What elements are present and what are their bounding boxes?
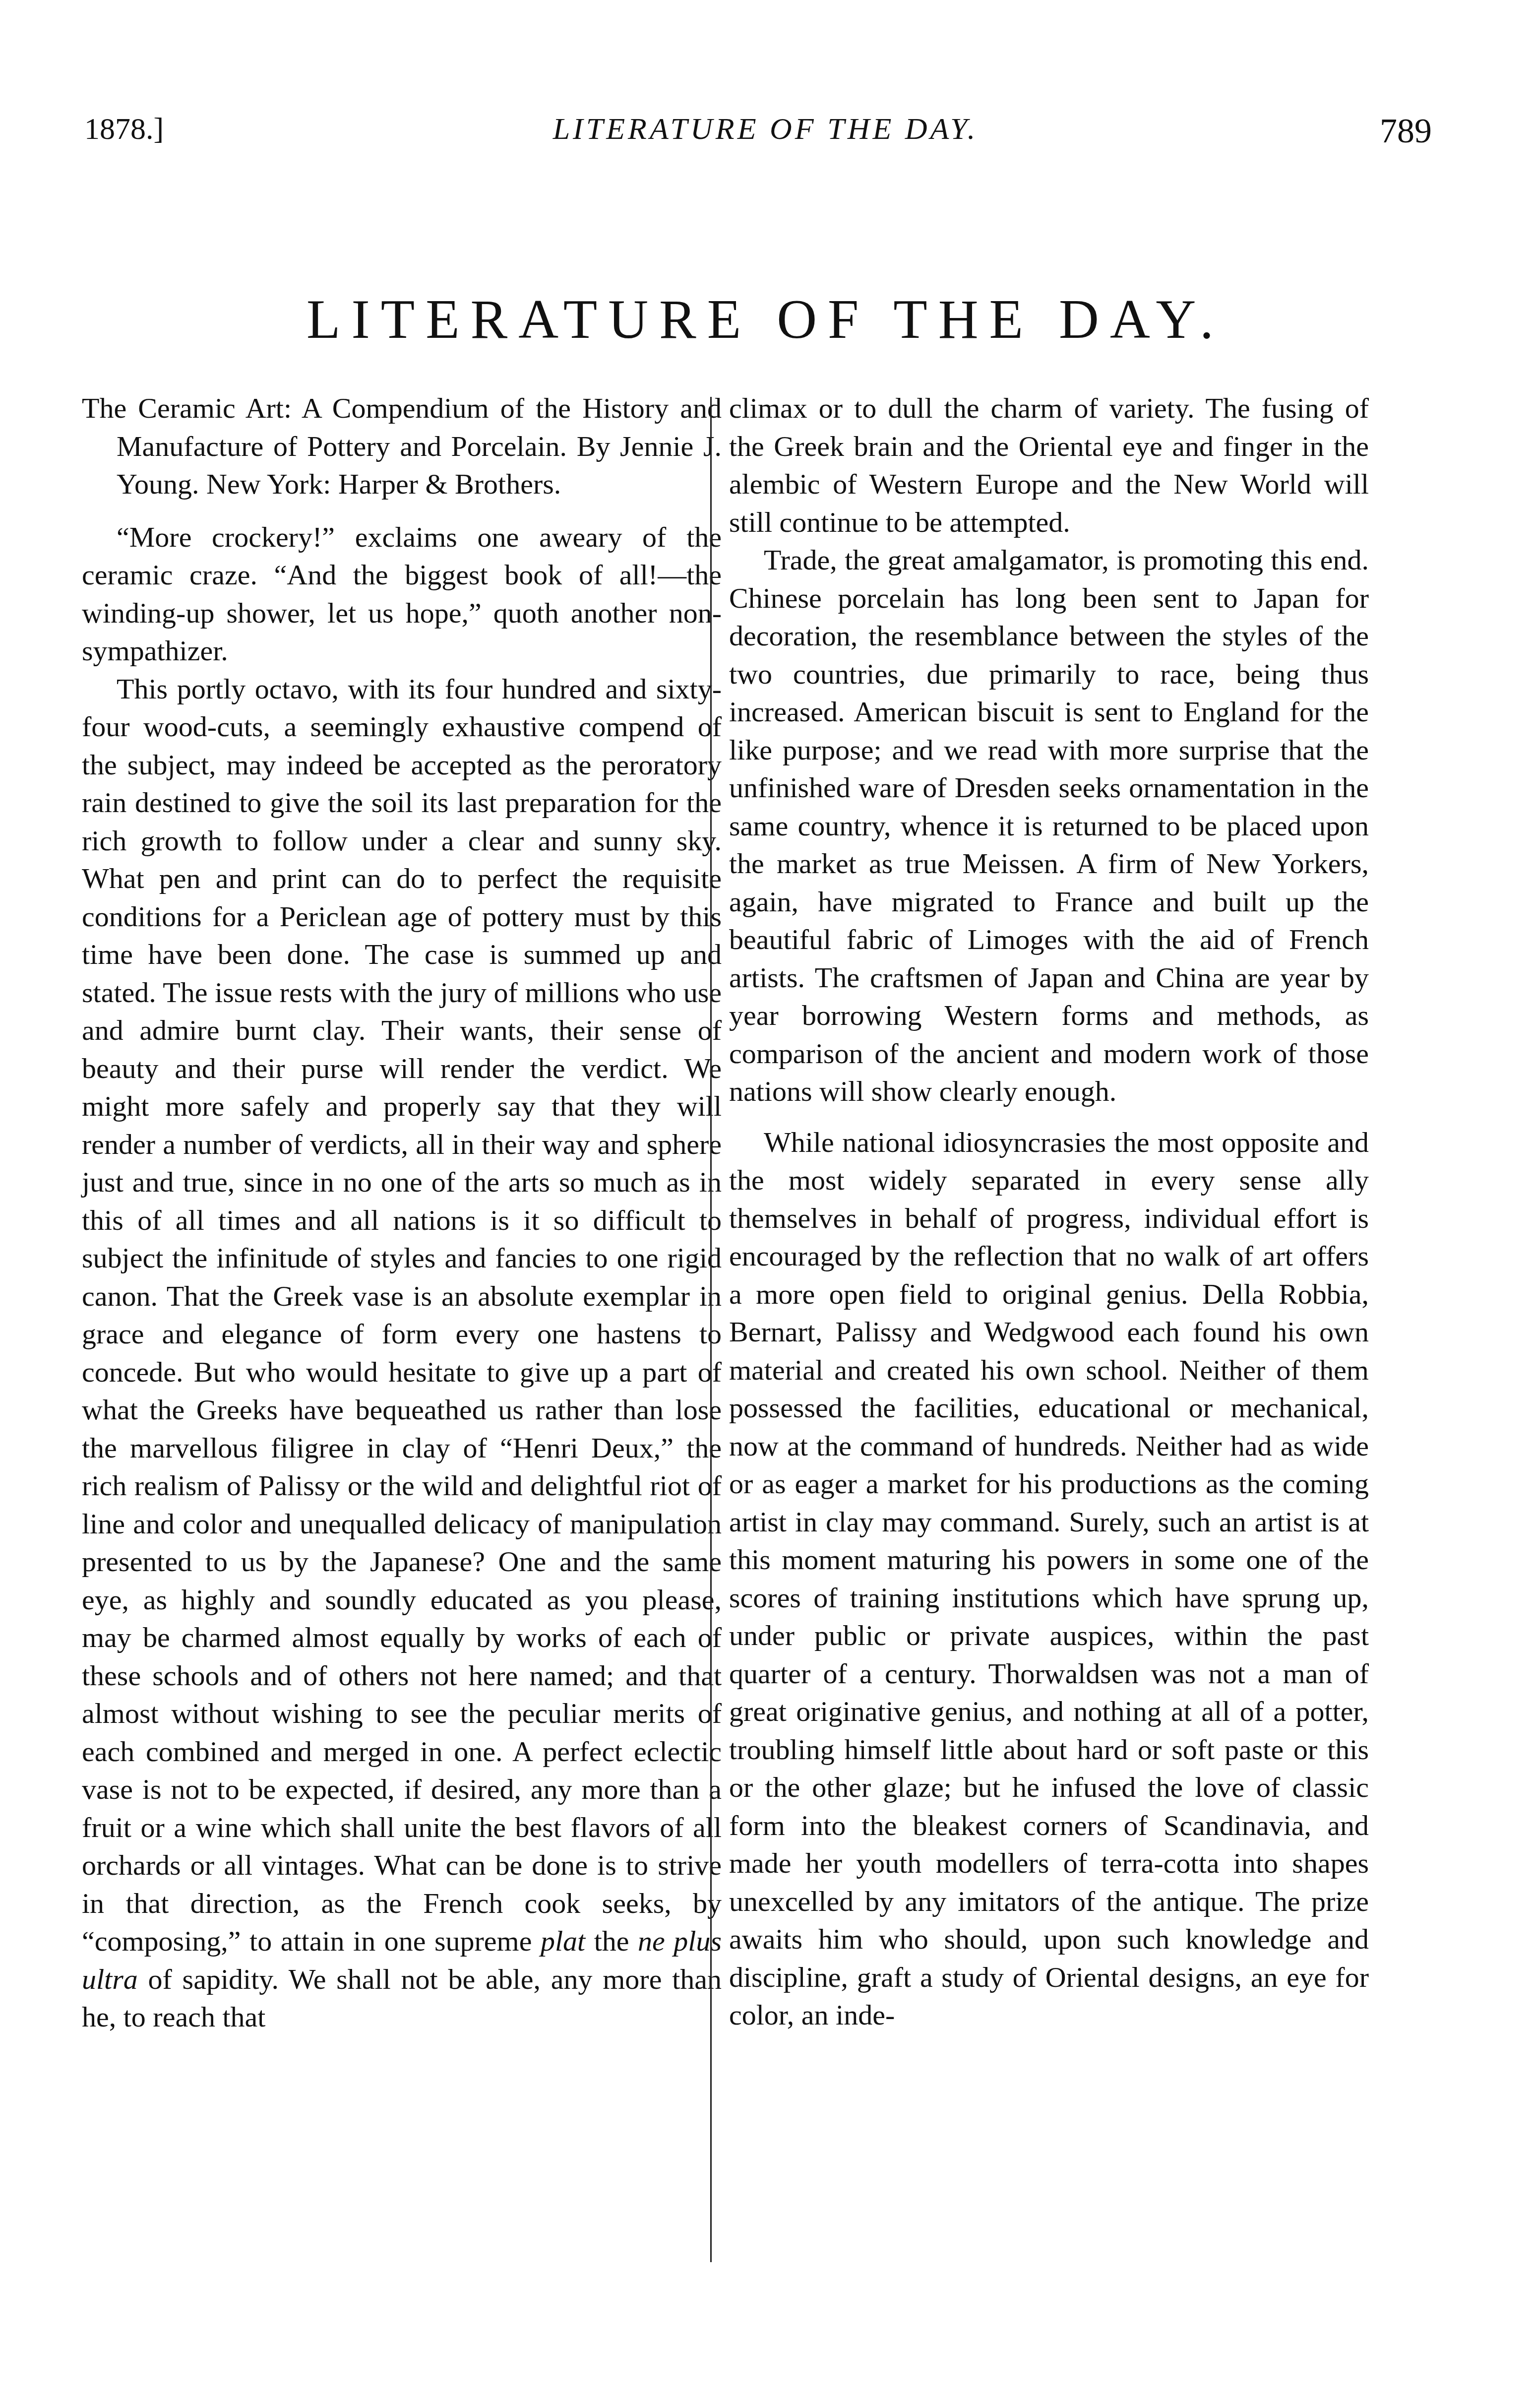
paragraph: climax or to dull the charm of variety. … (729, 389, 1369, 541)
book-title: The Ceramic Art: A Compendium of the His… (82, 389, 722, 504)
page-number: 789 (1380, 112, 1432, 151)
running-head: 1878.] LITERATURE OF THE DAY. 789 (0, 112, 1531, 156)
left-column: The Ceramic Art: A Compendium of the His… (82, 389, 722, 2036)
paragraph: “More crockery!” exclaims one aweary of … (82, 518, 722, 670)
paragraph: While national idiosyncrasies the most o… (729, 1124, 1369, 2034)
paragraph: This portly octavo, with its four hundre… (82, 670, 722, 2036)
paragraph: Trade, the great amalgamator, is promoti… (729, 541, 1369, 1111)
right-column: climax or to dull the charm of variety. … (729, 389, 1369, 2034)
page-title: LITERATURE OF THE DAY. (0, 288, 1531, 352)
running-head-title: LITERATURE OF THE DAY. (0, 112, 1531, 147)
italic-term: plat (541, 1925, 585, 1957)
column-divider (710, 397, 712, 2262)
